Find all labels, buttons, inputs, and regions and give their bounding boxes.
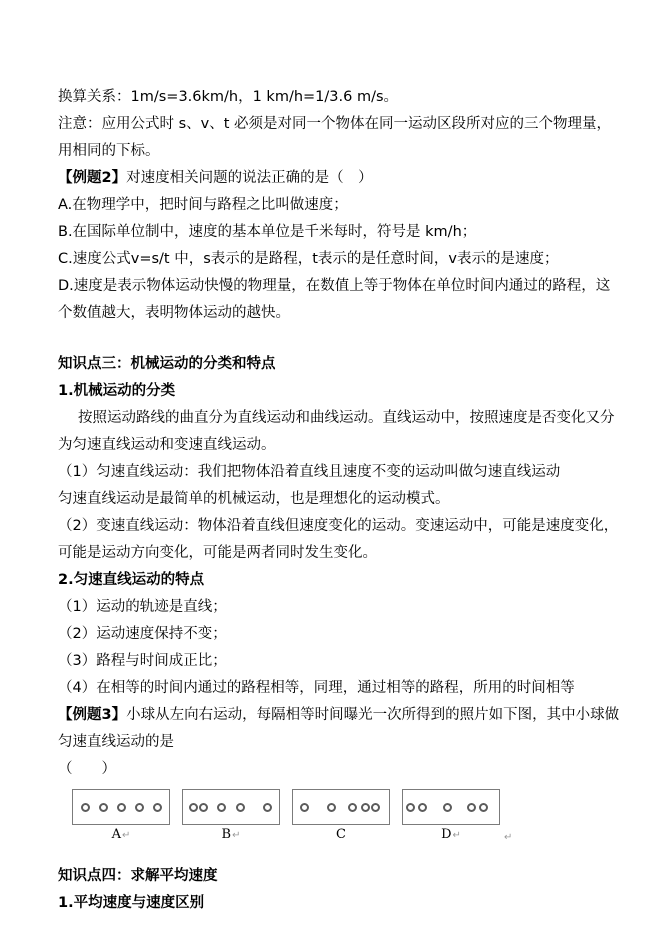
section4-heading: 知识点四：求解平均速度 (58, 863, 621, 890)
example3-line: 【例题3】小球从左向右运动，每隔相等时间曝光一次所得到的照片如下图，其中小球做匀… (58, 702, 621, 756)
ball-icon (189, 803, 198, 812)
strip-letter: D (441, 827, 451, 842)
photo-strip-box (182, 789, 280, 825)
strip-letter: A (112, 827, 121, 842)
photo-strip-box (292, 789, 390, 825)
section4-sub1-heading: 1.平均速度与速度区别 (58, 890, 621, 917)
photo-strip-a: A↵ (72, 789, 170, 846)
example2-option-d: D.速度是表示物体运动快慢的物理量，在数值上等于物体在单位时间内通过的路程，这个… (58, 273, 621, 327)
paragraph-mark-icon: ↵ (453, 830, 461, 841)
uniform-motion-definition: （1）匀速直线运动：我们把物体沿着直线且速度不变的运动叫做匀速直线运动 (58, 459, 621, 486)
feature-4: （4）在相等的时间内通过的路程相等，同理，通过相等的路程，所用的时间相等 (58, 675, 621, 702)
ball-icon (199, 803, 208, 812)
ball-icon (479, 803, 488, 812)
photo-strips: A↵B↵CD↵↵ (72, 789, 621, 847)
ball-icon (371, 803, 380, 812)
photo-strip-c: C (292, 789, 390, 845)
ball-icon (467, 803, 476, 812)
conversion-line: 换算关系：1m/s=3.6km/h，1 km/h=1/3.6 m/s。 (58, 84, 621, 111)
photo-strip-b: B↵ (182, 789, 280, 846)
feature-3: （3）路程与时间成正比； (58, 648, 621, 675)
document-page: 换算关系：1m/s=3.6km/h，1 km/h=1/3.6 m/s。 注意：应… (0, 0, 661, 935)
strip-label: C (292, 825, 390, 845)
ball-icon (99, 803, 108, 812)
section3-sub2-heading: 2.匀速直线运动的特点 (58, 567, 621, 594)
ball-icon (153, 803, 162, 812)
example2-line: 【例题2】对速度相关问题的说法正确的是（ ） (58, 165, 621, 192)
strip-letter: C (336, 827, 346, 842)
ball-icon (300, 803, 309, 812)
example2-option-b: B.在国际单位制中，速度的基本单位是千米每时，符号是 km/h； (58, 219, 621, 246)
example3-question: 小球从左向右运动，每隔相等时间曝光一次所得到的照片如下图，其中小球做匀速直线运动… (58, 707, 619, 750)
variable-motion-definition: （2）变速直线运动：物体沿着直线但速度变化的运动。变速运动中，可能是速度变化，可… (58, 513, 621, 567)
ball-icon (406, 803, 415, 812)
strip-label: B↵ (182, 825, 280, 846)
ball-icon (443, 803, 452, 812)
ball-icon (217, 803, 226, 812)
ball-icon (263, 803, 272, 812)
ball-icon (236, 803, 245, 812)
feature-2: （2）运动速度保持不变； (58, 621, 621, 648)
photo-strip-d: D↵ (402, 789, 500, 846)
strip-label: A↵ (72, 825, 170, 846)
example3-label: 【例题3】 (58, 707, 126, 723)
ball-icon (135, 803, 144, 812)
ball-icon (348, 803, 357, 812)
photo-strip-box (402, 789, 500, 825)
example2-label: 【例题2】 (58, 170, 126, 186)
example3-answer-blank: （ ） (58, 756, 621, 783)
paragraph-mark-icon: ↵ (122, 830, 130, 841)
ball-icon (327, 803, 336, 812)
ball-icon (81, 803, 90, 812)
strip-letter: B (222, 827, 232, 842)
ball-icon (361, 803, 370, 812)
ball-icon (117, 803, 126, 812)
section3-sub1-heading: 1.机械运动的分类 (58, 378, 621, 405)
photo-strip-box (72, 789, 170, 825)
example2-option-c: C.速度公式v=s/t 中，s表示的是路程，t表示的是任意时间，v表示的是速度； (58, 246, 621, 273)
section3-heading: 知识点三：机械运动的分类和特点 (58, 351, 621, 378)
example2-question: 对速度相关问题的说法正确的是（ ） (126, 170, 373, 186)
feature-1: （1）运动的轨迹是直线； (58, 594, 621, 621)
ball-icon (418, 803, 427, 812)
example2-option-a: A.在物理学中，把时间与路程之比叫做速度； (58, 192, 621, 219)
strip-label: D↵ (402, 825, 500, 846)
paragraph-mark-icon: ↵ (232, 830, 240, 841)
paragraph-mark-icon: ↵ (504, 829, 512, 847)
uniform-motion-note: 匀速直线运动是最简单的机械运动，也是理想化的运动模式。 (58, 486, 621, 513)
note-line: 注意：应用公式时 s、v、t 必须是对同一个物体在同一运动区段所对应的三个物理量… (58, 111, 621, 165)
classification-paragraph: 按照运动路线的曲直分为直线运动和曲线运动。直线运动中，按照速度是否变化又分为匀速… (58, 405, 621, 459)
